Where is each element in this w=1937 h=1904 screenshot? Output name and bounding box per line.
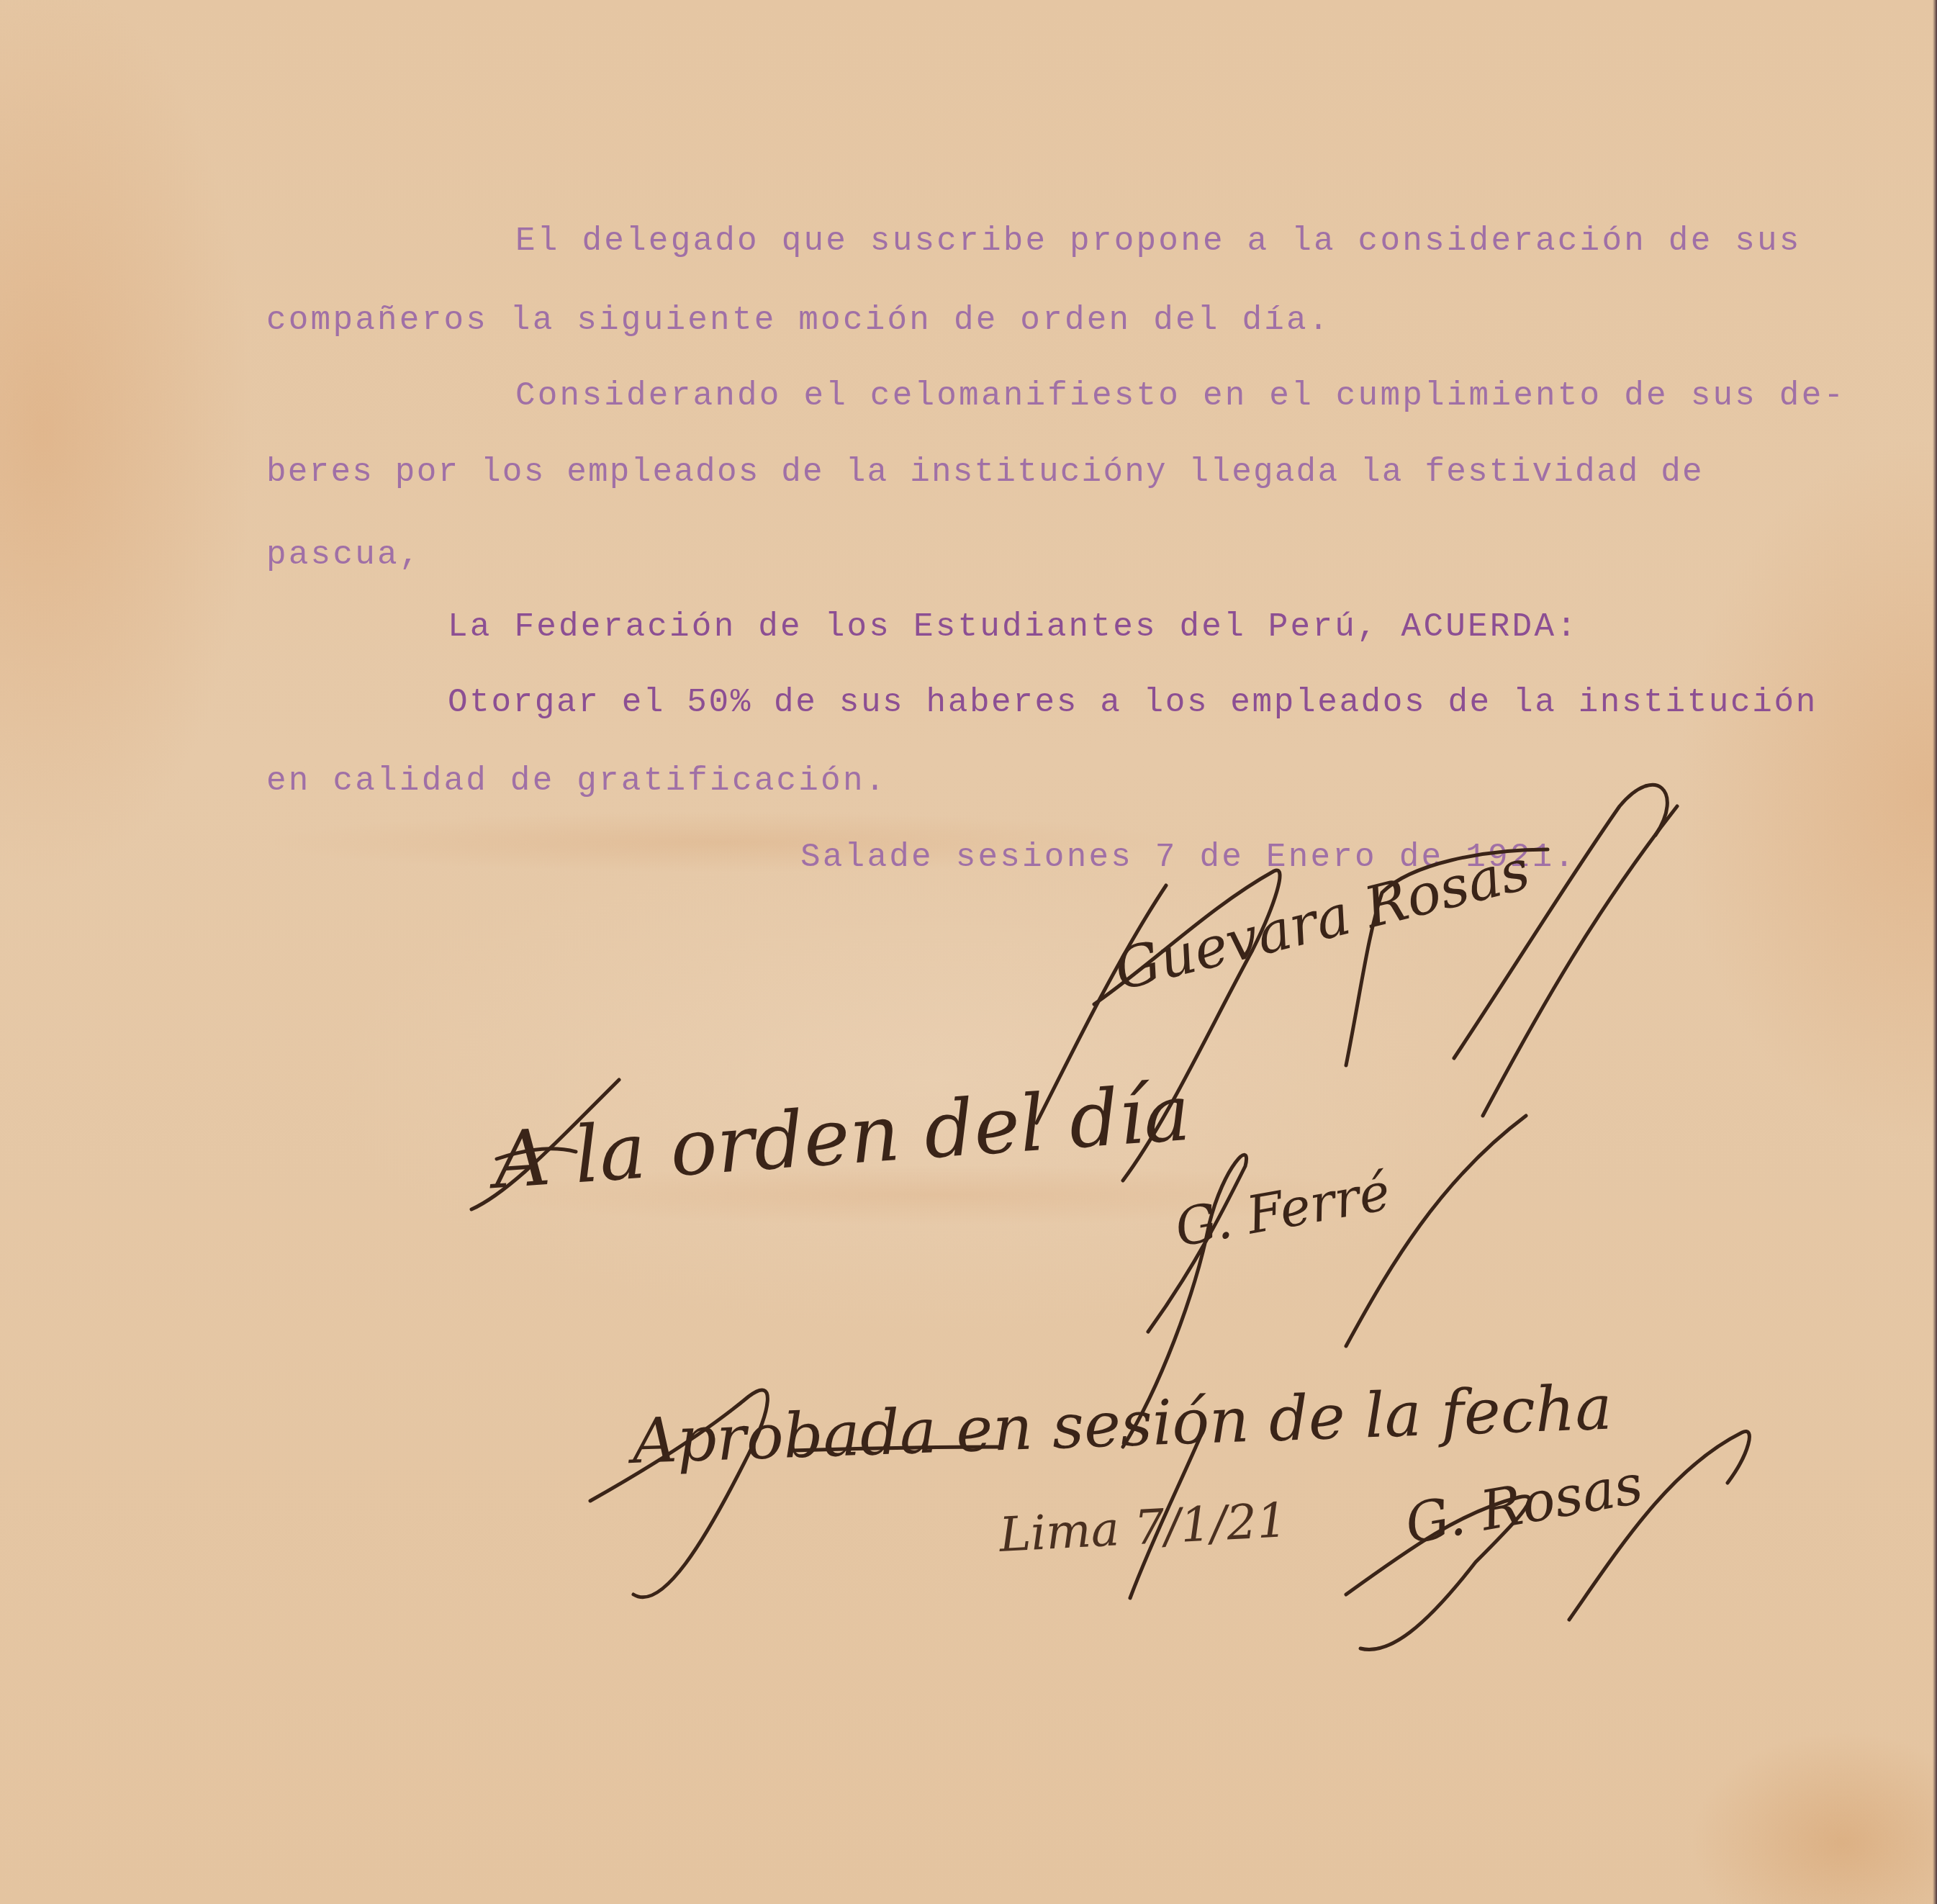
- page-edge: [1933, 0, 1937, 1904]
- handwritten-annotation-aprobada: Aprobada en sesión de la fecha: [631, 1377, 1613, 1473]
- typed-line-2: compañeros la siguiente moción de orden …: [266, 304, 1331, 337]
- typed-line-6-resolution: La Federación de los Estudiantes del Per…: [448, 610, 1579, 644]
- typed-line-4: beres por los empleados de la institució…: [266, 456, 1704, 489]
- typed-line-5: pascua,: [266, 538, 422, 572]
- handwritten-annotation-orden: A la orden del día: [491, 1075, 1192, 1201]
- signature-2: G. Ferré: [1171, 1165, 1394, 1254]
- signature-3: G. Rosas: [1401, 1456, 1647, 1552]
- typed-line-1: El delegado que suscribe propone a la co…: [515, 225, 1802, 258]
- typed-line-8: en calidad de gratificación.: [266, 764, 888, 798]
- typed-line-3: Considerando el celomanifiesto en el cum…: [515, 379, 1846, 412]
- document-page: El delegado que suscribe propone a la co…: [0, 0, 1937, 1904]
- handwriting-strokes: [0, 0, 1937, 1904]
- handwritten-place-date: Lima 7/1/21: [998, 1497, 1288, 1559]
- typed-line-7: Otorgar el 50% de sus haberes a los empl…: [448, 686, 1818, 719]
